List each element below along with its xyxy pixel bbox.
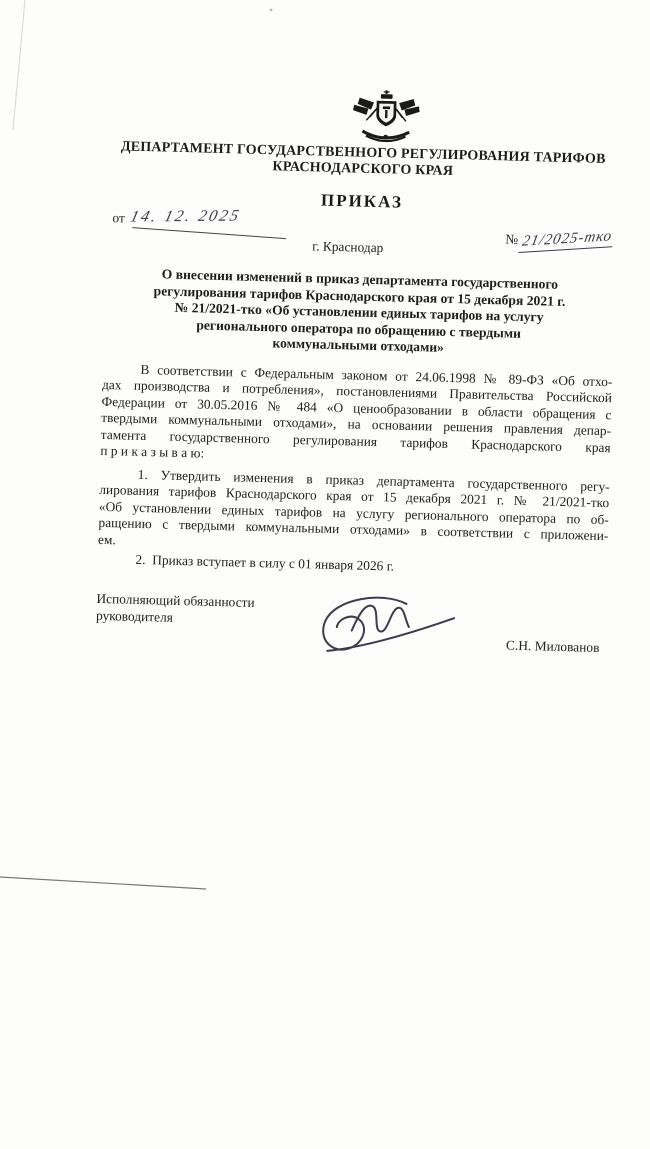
preamble-paragraph: В соответствии с Федеральным законом от … [100, 360, 612, 472]
signer-position: Исполняющий обязанности руководителя [96, 589, 317, 629]
date-prefix-label: от [112, 210, 125, 225]
number-prefix-label: № [505, 231, 518, 246]
page-edge-line-bottom-left [0, 877, 206, 889]
scanned-order-page: ДЕПАРТАМЕНТ ГОСУДАРСТВЕННОГО РЕГУЛИРОВАН… [0, 0, 650, 1149]
page-edge-line-top-left [13, 0, 25, 130]
number-line: №21/2025-тко [505, 231, 614, 253]
handwritten-signature [307, 587, 461, 671]
signer-name: С.Н. Милованов [506, 636, 600, 655]
org-name: ДЕПАРТАМЕНТ ГОСУДАРСТВЕННОГО РЕГУЛИРОВАН… [108, 139, 619, 184]
date-line: от14. 12. 2025 [112, 209, 241, 230]
handwritten-number: 21/2025-тко [518, 228, 615, 253]
meta-row: от14. 12. 2025 г. Краснодар №21/2025-тко [105, 207, 616, 270]
scan-speck [270, 9, 273, 12]
order-document: ДЕПАРТАМЕНТ ГОСУДАРСТВЕННОГО РЕГУЛИРОВАН… [94, 83, 619, 695]
coat-of-arms-icon [346, 89, 427, 145]
handwritten-date: 14. 12. 2025 [129, 208, 243, 227]
order-item-1: 1. Утвердить изменения в приказ департам… [98, 465, 610, 561]
signature-block: Исполняющий обязанности руководителя С.Н… [94, 589, 606, 694]
order-title: О внесении изменений в приказ департамен… [103, 265, 615, 361]
